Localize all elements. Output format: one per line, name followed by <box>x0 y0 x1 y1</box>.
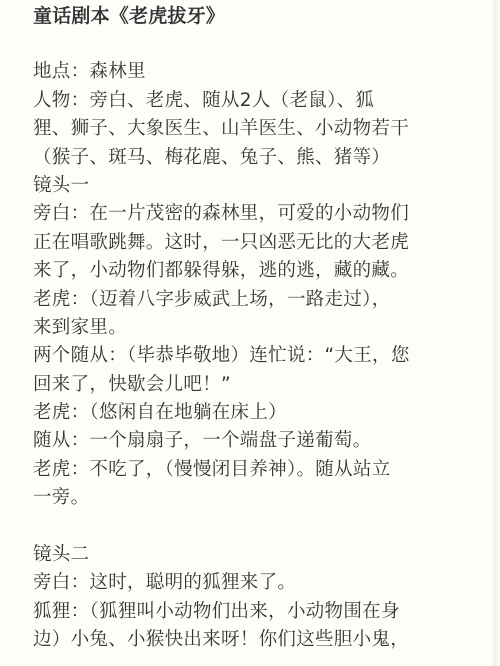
blank-line <box>33 513 463 541</box>
document-title: 童话剧本《老虎拔牙》 <box>33 2 463 30</box>
script-line: 老虎：（悠闲自在地躺在床上） <box>33 399 463 427</box>
script-content: 童话剧本《老虎拔牙》 地点：森林里 人物：旁白、老虎、随从2人（老鼠）、狐 狸、… <box>33 0 463 655</box>
script-line: 随从：一个扇扇子，一个端盘子递葡萄。 <box>33 427 463 455</box>
page-edge-shadow <box>493 0 497 666</box>
blank-line <box>33 30 463 58</box>
characters-line-cont: （猴子、斑马、梅花鹿、兔子、熊、猪等） <box>33 144 463 172</box>
script-line: 边）小兔、小猴快出来呀！你们这些胆小鬼， <box>33 626 463 654</box>
script-line: 两个随从：（毕恭毕敬地）连忙说：“大王，您 <box>33 342 463 370</box>
scene-heading: 镜头一 <box>33 172 463 200</box>
script-line: 来到家里。 <box>33 314 463 342</box>
script-line: 老虎：不吃了，（慢慢闭目养神）。随从站立 <box>33 456 463 484</box>
script-line: 旁白：在一片茂密的森林里，可爱的小动物们 <box>33 200 463 228</box>
script-line: 来了，小动物们都躲得躲，逃的逃，藏的藏。 <box>33 257 463 285</box>
script-line: 一旁。 <box>33 484 463 512</box>
script-line: 回来了，快歇会儿吧！” <box>33 371 463 399</box>
document-page: 童话剧本《老虎拔牙》 地点：森林里 人物：旁白、老虎、随从2人（老鼠）、狐 狸、… <box>0 0 500 666</box>
characters-line-cont: 狸、狮子、大象医生、山羊医生、小动物若干 <box>33 115 463 143</box>
scene-heading: 镜头二 <box>33 541 463 569</box>
script-line: 狐狸：（狐狸叫小动物们出来，小动物围在身 <box>33 598 463 626</box>
script-line: 旁白：这时，聪明的狐狸来了。 <box>33 569 463 597</box>
script-line: 正在唱歌跳舞。这时，一只凶恶无比的大老虎 <box>33 229 463 257</box>
script-line: 老虎：（迈着八字步威武上场，一路走过）， <box>33 286 463 314</box>
setting-line: 地点：森林里 <box>33 58 463 86</box>
characters-line: 人物：旁白、老虎、随从2人（老鼠）、狐 <box>33 87 463 115</box>
